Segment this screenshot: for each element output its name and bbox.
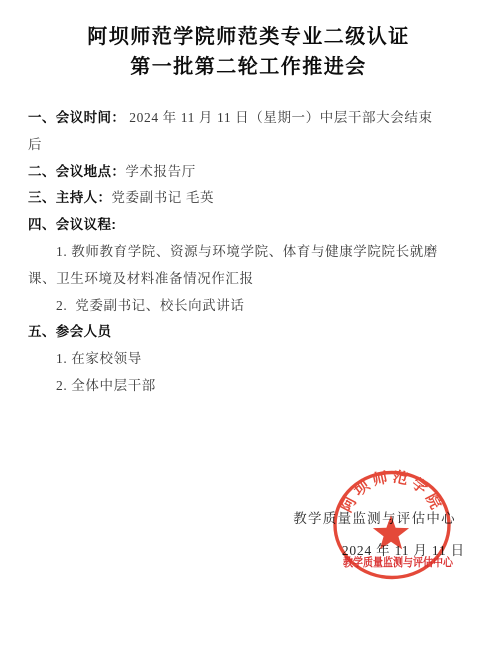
document-body: 一、会议时间： 2024 年 11 月 11 日（星期一）中层干部大会结束 后 … xyxy=(28,105,474,400)
signature-date: 2024 年 11 月 11 日 xyxy=(342,539,465,559)
meeting-host-value: 党委副书记 毛英 xyxy=(111,190,214,205)
meeting-place-label: 二、会议地点： xyxy=(28,164,125,179)
agenda-item-2-text: 2. 党委副书记、校长向武讲话 xyxy=(56,298,244,313)
meeting-time-line: 一、会议时间： 2024 年 11 月 11 日（星期一）中层干部大会结束 后 xyxy=(28,105,474,159)
attendees-item-2-text: 2. 全体中层干部 xyxy=(56,378,156,393)
signature-department: 教学质量监测与评估中心 xyxy=(293,507,456,527)
meeting-place-value: 学术报告厅 xyxy=(125,164,196,179)
document-title: 阿坝师范学院师范类专业二级认证 第一批第二轮工作推进会 xyxy=(0,22,497,82)
meeting-host-line: 三、主持人：党委副书记 毛英 xyxy=(28,185,474,212)
meeting-time-label: 一、会议时间： xyxy=(28,110,125,125)
title-line-1: 阿坝师范学院师范类专业二级认证 xyxy=(0,22,497,52)
official-seal: 阿坝师范学院 教学质量监测与评估中心 xyxy=(325,462,465,592)
agenda-heading-line: 四、会议议程: xyxy=(28,212,474,239)
agenda-item-1: 1. 教师教育学院、资源与环境学院、体育与健康学院院长就磨 课、卫生环境及材料准… xyxy=(28,239,474,293)
title-line-2: 第一批第二轮工作推进会 xyxy=(0,52,497,82)
meeting-host-label: 三、主持人： xyxy=(28,190,111,205)
meeting-place-line: 二、会议地点：学术报告厅 xyxy=(28,159,474,186)
attendees-heading-line: 五、参会人员 xyxy=(28,319,474,346)
attendees-heading-label: 五、参会人员 xyxy=(28,324,111,339)
attendees-item-1: 1. 在家校领导 xyxy=(28,346,474,373)
attendees-item-2: 2. 全体中层干部 xyxy=(28,373,474,400)
document-page: 阿坝师范学院师范类专业二级认证 第一批第二轮工作推进会 一、会议时间： 2024… xyxy=(0,0,497,663)
agenda-item-2: 2. 党委副书记、校长向武讲话 xyxy=(28,293,474,320)
attendees-item-1-text: 1. 在家校领导 xyxy=(56,351,142,366)
agenda-item-1-text: 1. 教师教育学院、资源与环境学院、体育与健康学院院长就磨 课、卫生环境及材料准… xyxy=(28,244,438,286)
agenda-heading-label: 四、会议议程: xyxy=(28,217,116,232)
